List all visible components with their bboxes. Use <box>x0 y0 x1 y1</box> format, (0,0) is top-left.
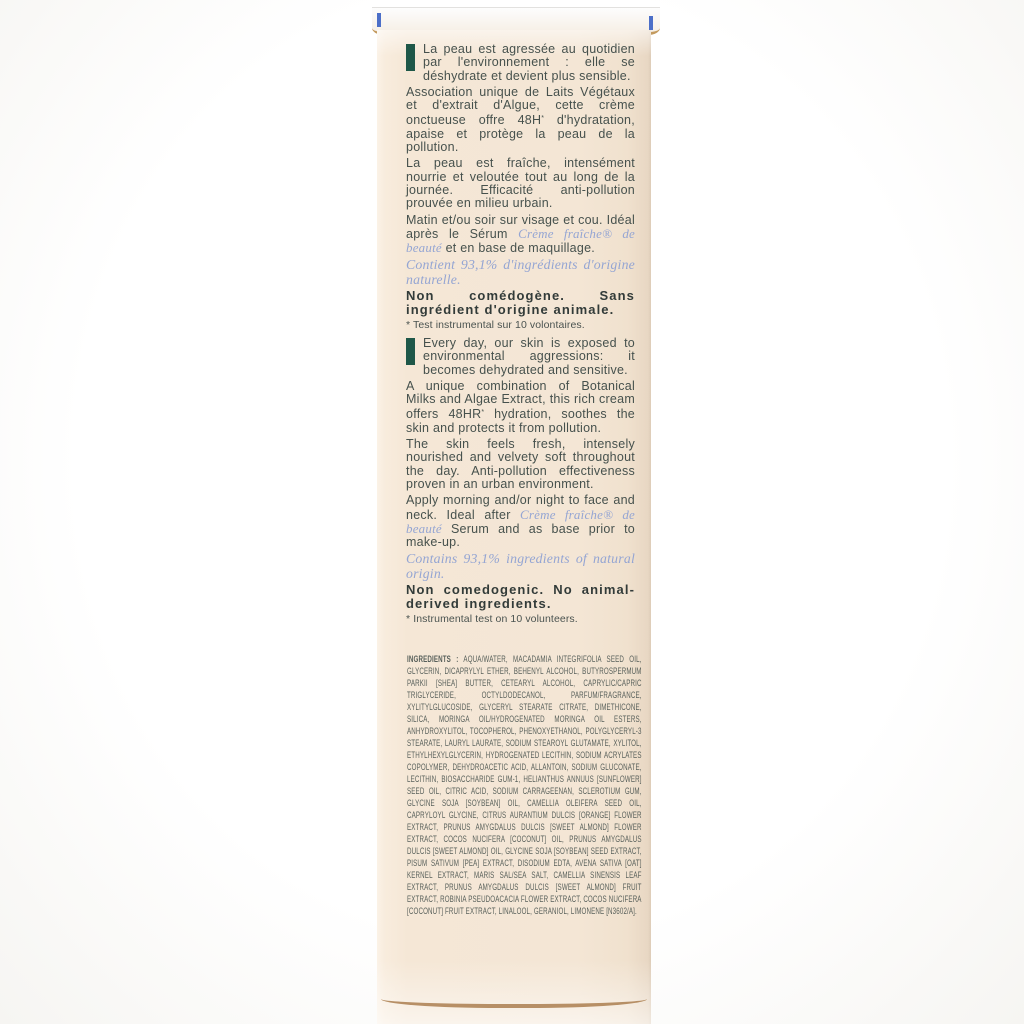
en-claims-statement: Non comedogenic. No animal-derived ingre… <box>406 583 635 612</box>
fr-intro-text: La peau est agressée au quotidien par l'… <box>423 42 635 83</box>
en-results-paragraph: The skin feels fresh, intensely nourishe… <box>406 438 635 491</box>
fr-footnote: * Test instrumental sur 10 volontaires. <box>406 319 635 332</box>
en-benefits-paragraph: A unique combination of Botanical Milks … <box>406 380 635 435</box>
ingredients-section: INGREDIENTS : AQUA/WATER, MACADAMIA INTE… <box>407 653 642 917</box>
fr-benefits-paragraph: Association unique de Laits Végétaux et … <box>406 86 635 154</box>
ingredients-label: INGREDIENTS : <box>407 654 458 664</box>
fr-intro-paragraph: La peau est agressée au quotidien par l'… <box>406 43 635 83</box>
en-intro-text: Every day, our skin is exposed to enviro… <box>423 336 635 377</box>
en-intro-paragraph: Every day, our skin is exposed to enviro… <box>406 337 635 377</box>
product-photo: La peau est agressée au quotidien par l'… <box>0 0 1024 1024</box>
fr-usage-paragraph: Matin et/ou soir sur visage et cou. Idéa… <box>406 214 635 256</box>
english-text-section: Every day, our skin is exposed to enviro… <box>406 337 635 630</box>
fr-natural-origin-claim: Contient 93,1% d'ingrédients d'origine n… <box>406 258 635 287</box>
fr-usage-text-b: et en base de maquillage. <box>442 241 595 255</box>
ingredients-list: AQUA/WATER, MACADAMIA INTEGRIFOLIA SEED … <box>407 654 642 916</box>
print-mark-right <box>649 16 653 30</box>
fr-results-paragraph: La peau est fraîche, intensément nourrie… <box>406 157 635 210</box>
fr-claims-statement: Non comédogène. Sans ingrédient d'origin… <box>406 289 635 318</box>
print-mark-left <box>377 13 381 27</box>
en-natural-origin-claim: Contains 93,1% ingredients of natural or… <box>406 552 635 581</box>
green-accent-bar <box>406 44 415 71</box>
en-usage-paragraph: Apply morning and/or night to face and n… <box>406 494 635 549</box>
french-text-section: La peau est agressée au quotidien par l'… <box>406 43 635 336</box>
green-accent-bar <box>406 338 415 365</box>
en-footnote: * Instrumental test on 10 volunteers. <box>406 613 635 626</box>
